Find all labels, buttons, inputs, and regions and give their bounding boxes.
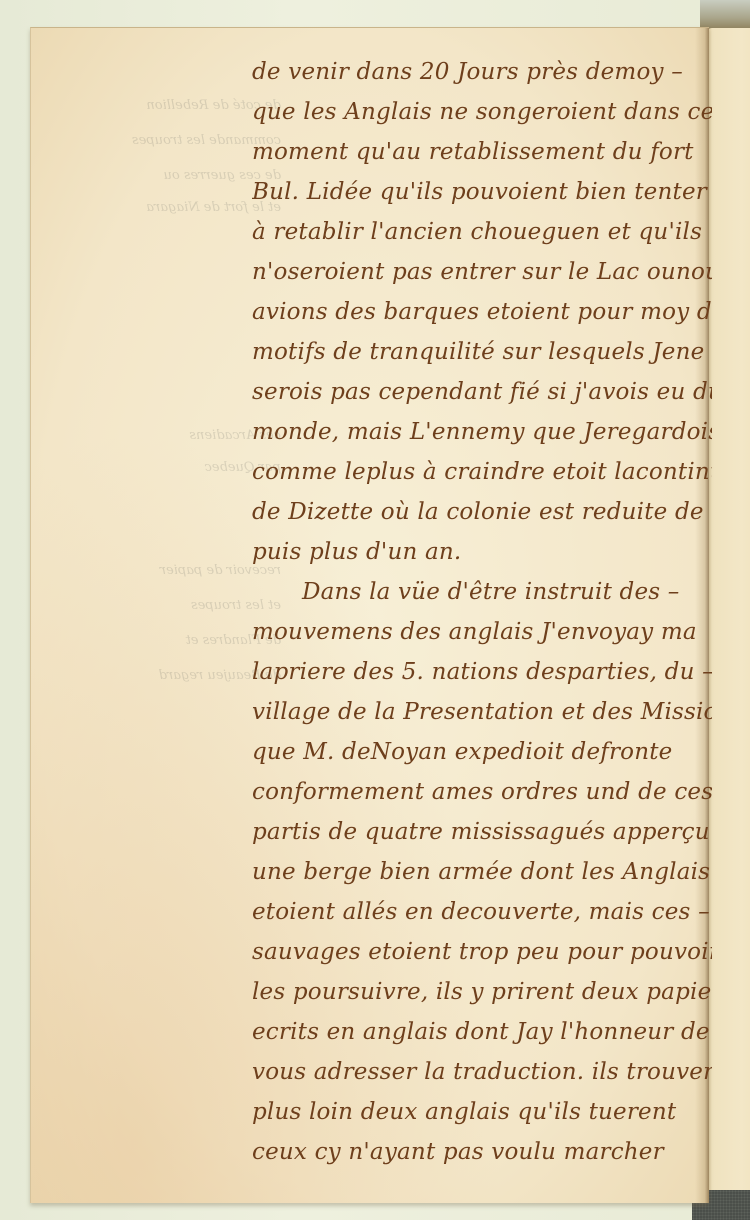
scanned-manuscript: de coté de Rebellion commande les troupe… — [0, 0, 750, 1220]
text-line: n'oseroient pas entrer sur le Lac ounous — [252, 252, 712, 292]
text-line: mouvemens des anglais J'envoyay ma — [252, 612, 712, 652]
text-line: Bul. Lidée qu'ils pouvoient bien tenter — [252, 172, 712, 212]
text-line: conformement ames ordres und de ces — [252, 772, 712, 812]
text-line: que M. deNoyan expedioit defronte — [252, 732, 712, 772]
text-line: plus loin deux anglais qu'ils tuerent — [252, 1092, 712, 1132]
text-line: une berge bien armée dont les Anglais — [252, 852, 712, 892]
text-line: avions des barques etoient pour moy des — [252, 292, 712, 332]
text-line: etoient allés en decouverte, mais ces – — [252, 892, 712, 932]
scanner-mount-top — [700, 0, 750, 30]
paragraph-start-line: Dans la vüe d'être instruit des – — [252, 572, 712, 612]
text-line: monde, mais L'ennemy que Jeregardois — [252, 412, 712, 452]
text-line: à retablir l'ancien choueguen et qu'ils — [252, 212, 712, 252]
text-line: les poursuivre, ils y prirent deux papie… — [252, 972, 712, 1012]
text-line: village de la Presentation et des Missio… — [252, 692, 712, 732]
text-line: serois pas cependant fié si j'avois eu d… — [252, 372, 712, 412]
text-line: motifs de tranquilité sur lesquels Jene … — [252, 332, 712, 372]
text-line: de venir dans 20 Jours près demoy – — [252, 52, 712, 92]
text-line: ecrits en anglais dont Jay l'honneur de — [252, 1012, 712, 1052]
text-line: que les Anglais ne songeroient dans ce — [252, 92, 712, 132]
text-line: partis de quatre mississagués apperçu — [252, 812, 712, 852]
text-line: comme leplus à craindre etoit lacontinu — [252, 452, 712, 492]
text-line: de Dizette où la colonie est reduite de — [252, 492, 712, 532]
text-line: ceux cy n'ayant pas voulu marcher — [252, 1132, 712, 1172]
text-line: puis plus d'un an. — [252, 532, 712, 572]
text-line: sauvages etoient trop peu pour pouvoir — [252, 932, 712, 972]
facing-page-edge — [706, 28, 750, 1193]
text-line: lapriere des 5. nations desparties, du – — [252, 652, 712, 692]
handwritten-text-block: de venir dans 20 Jours près demoy – que … — [252, 52, 712, 1172]
text-line: vous adresser la traduction. ils trouver… — [252, 1052, 712, 1092]
text-line: moment qu'au retablissement du fort — [252, 132, 712, 172]
